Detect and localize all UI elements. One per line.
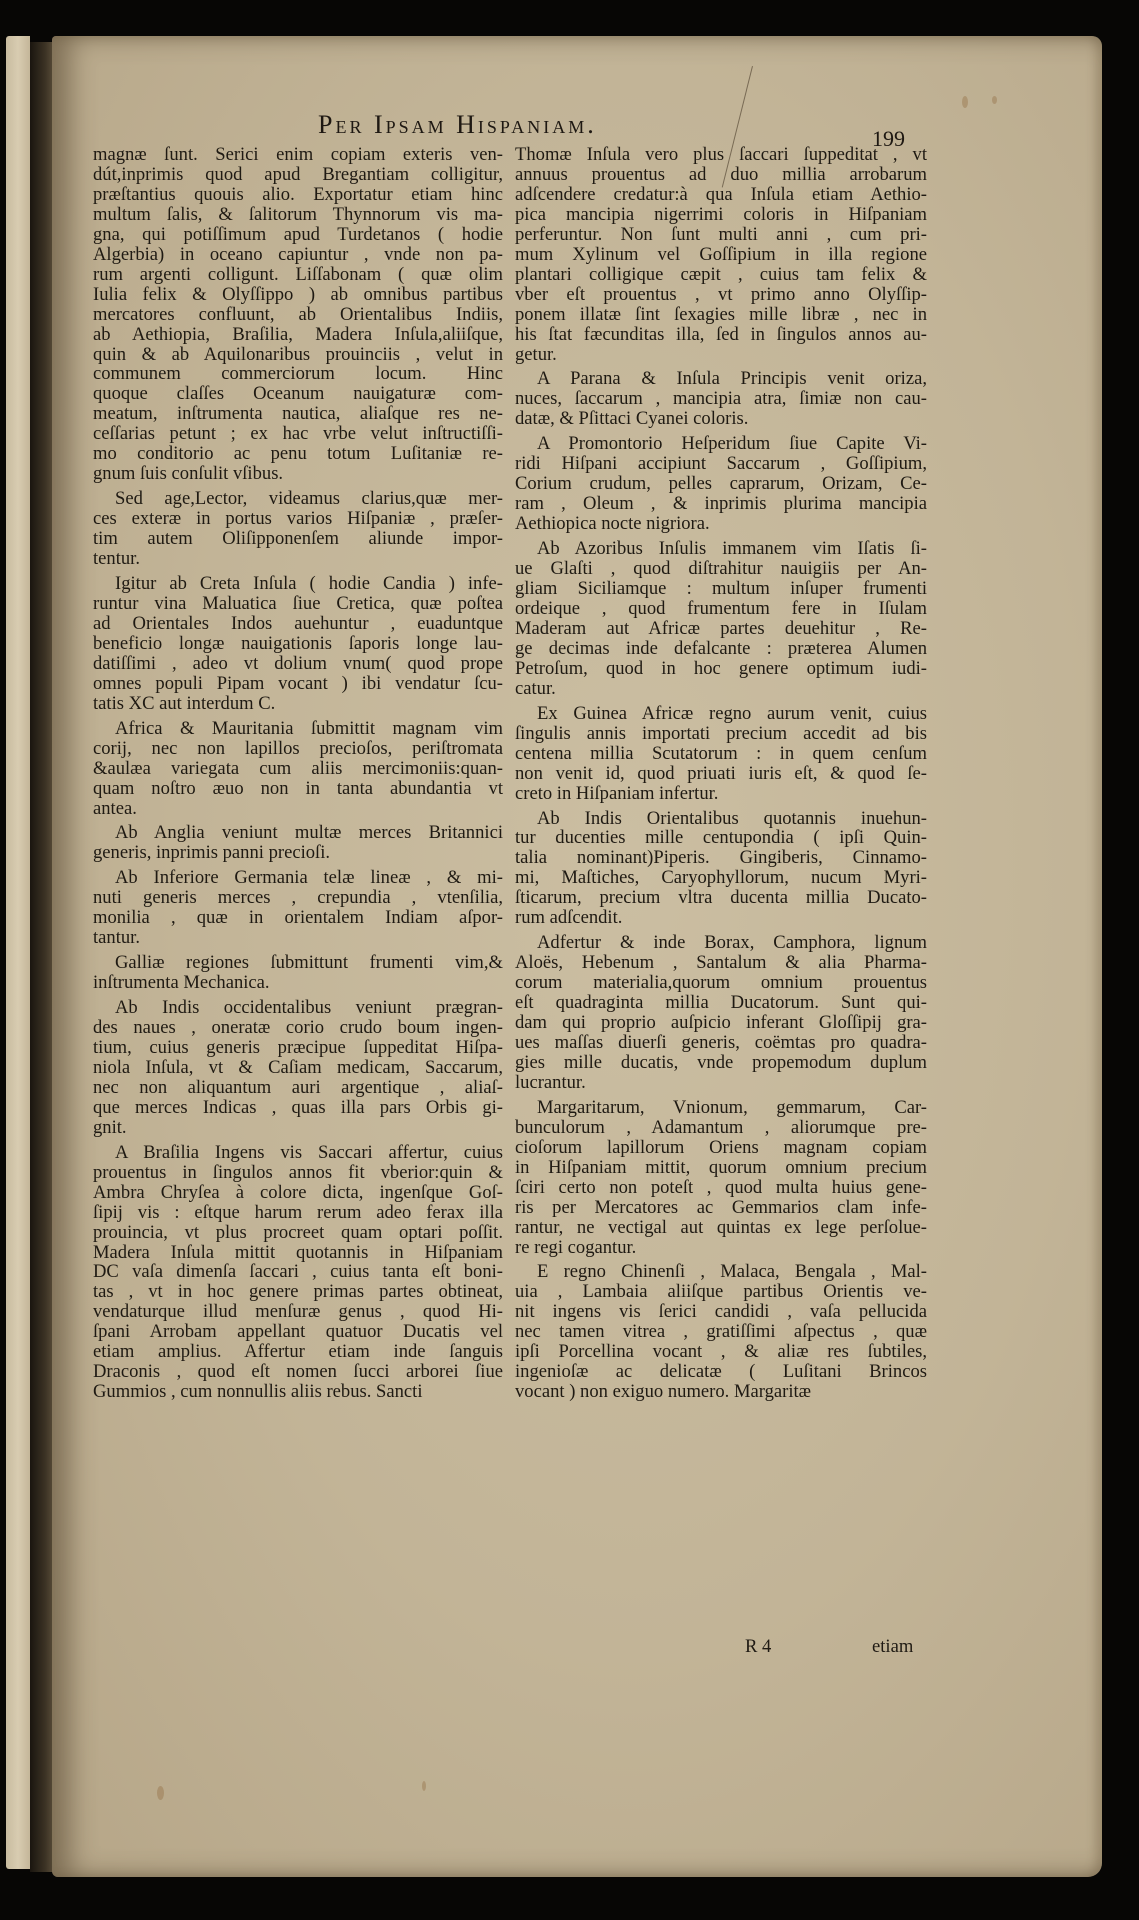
text-line: communem commerciorum locum. Hinc (93, 364, 503, 384)
text-line: E regno Chinenſi , Malaca, Bengala , Mal… (515, 1262, 927, 1282)
text-line: ridi Hiſpani accipiunt Saccarum , Goſſip… (515, 454, 927, 474)
text-line: perferuntur. Non ſunt multi anni , cum p… (515, 225, 927, 245)
text-line: ſingulis annis importati precium accedit… (515, 724, 927, 744)
text-line: ordeique , quod frumentum fere in Iſulam (515, 599, 927, 619)
text-line: ſticarum, precium vltra ducenta millia D… (515, 888, 927, 908)
text-line: Ambra Chryſea à colore dicta, ingenſque … (93, 1183, 503, 1203)
text-line: gnit. (93, 1118, 503, 1138)
text-line: runtur vina Maluatica ſiue Cretica, quæ … (93, 594, 503, 614)
text-line: ad Orientales Indos auehuntur , euaduntq… (93, 614, 503, 634)
text-line: lucrantur. (515, 1073, 927, 1093)
text-line: gies mille ducatis, vnde propemodum dupl… (515, 1053, 927, 1073)
text-line: uia , Lambaia aliiſque partibus Orientis… (515, 1282, 927, 1302)
text-line: Iulia felix & Olyſſippo ) ab omnibus par… (93, 285, 503, 305)
text-line: ues maſſas diuerſi generis, coëmtas pro … (515, 1033, 927, 1053)
text-line: catur. (515, 679, 927, 699)
text-line: creto in Hiſpaniam infertur. (515, 784, 927, 804)
paragraph: Galliæ regiones ſubmittunt frumenti vim,… (93, 953, 503, 993)
paragraph: A Promontorio Heſperidum ſiue Capite Vi-… (515, 434, 927, 534)
text-line: ris per Mercatores ac Gemmarios clam inf… (515, 1198, 927, 1218)
text-line: in Hiſpaniam mittit, quorum omnium preci… (515, 1158, 927, 1178)
paragraph: Ab Indis occidentalibus veniunt prægran-… (93, 998, 503, 1138)
text-line: Africa & Mauritania ſubmittit magnam vim (93, 719, 503, 739)
text-line: ingenioſæ ac delicatæ ( Luſitani Brincos (515, 1362, 927, 1382)
text-line: Algerbia) in oceano capiuntur , vnde non… (93, 245, 503, 265)
text-line: Ab Anglia veniunt multæ merces Britannic… (93, 823, 503, 843)
text-line: prouentus in ſingulos annos fit vberior:… (93, 1163, 503, 1183)
text-line: eſt quadraginta millia Ducatorum. Sunt q… (515, 993, 927, 1013)
text-line: quoque claſſes Oceanum nauigaturæ com- (93, 384, 503, 404)
text-line: rum argenti colligunt. Liſſabonam ( quæ … (93, 265, 503, 285)
text-line: vocant ) non exiguo numero. Margaritæ (515, 1382, 927, 1402)
text-line: ſciri certo non poteſt , quod multa huiu… (515, 1178, 927, 1198)
text-line: nuti generis merces , crepundia , vtenſi… (93, 888, 503, 908)
paragraph: Sed age,Lector, videamus clarius,quæ mer… (93, 489, 503, 569)
text-line: generis, inprimis panni precioſi. (93, 843, 503, 863)
text-line: plantari colligique cæpit , cuius tam fe… (515, 265, 927, 285)
text-line: des naues , oneratæ corio crudo boum ing… (93, 1018, 503, 1038)
text-line: tur ducenties mille centupondia ( ipſi Q… (515, 828, 927, 848)
text-line: que merces Indicas , quas illa pars Orbi… (93, 1098, 503, 1118)
text-line: niola Inſula, vt & Caſiam medicam, Sacca… (93, 1058, 503, 1078)
text-line: Aloës, Hebenum , Santalum & alia Pharma- (515, 953, 927, 973)
foxing-spot (992, 96, 997, 104)
text-line: ram , Oleum , & inprimis plurima mancipi… (515, 494, 927, 514)
text-line: DC vaſa dimenſa ſaccari , cuius tanta eſ… (93, 1262, 503, 1282)
text-line: pica mancipia nigerrimi coloris in Hiſpa… (515, 205, 927, 225)
text-line: tim autem Oliſipponenſem aliunde impor- (93, 529, 503, 549)
text-line: mercatores confluunt, ab Orientalibus In… (93, 305, 503, 325)
text-line: Ab Inferiore Germania telæ lineæ , & mi- (93, 868, 503, 888)
text-line: tas , vt in hoc genere primas partes obt… (93, 1282, 503, 1302)
text-line: dam qui proprio auſpicio inferant Gloſſi… (515, 1013, 927, 1033)
text-line: corum materialia,quorum omnium prouentus (515, 973, 927, 993)
paragraph: Ab Inferiore Germania telæ lineæ , & mi-… (93, 868, 503, 948)
text-line: etiam amplius. Affertur etiam inde ſangu… (93, 1342, 503, 1362)
text-line: multum ſalis, & ſalitorum Thynnorum vis … (93, 205, 503, 225)
text-line: tantur. (93, 928, 503, 948)
text-line: adſcendere credatur:à qua Inſula etiam A… (515, 185, 927, 205)
text-line: Galliæ regiones ſubmittunt frumenti vim,… (93, 953, 503, 973)
text-line: ue Glaſti , quod diſtrahitur nauigiis pe… (515, 559, 927, 579)
text-line: ab Aethiopia, Braſilia, Madera Inſula,al… (93, 325, 503, 345)
text-line: ceſſarias petunt ; ex hac vrbe velut inſ… (93, 424, 503, 444)
text-line: Sed age,Lector, videamus clarius,quæ mer… (93, 489, 503, 509)
text-line: beneficio longæ nauigationis ſaporis lon… (93, 634, 503, 654)
paragraph: magnæ ſunt. Serici enim copiam exteris v… (93, 145, 503, 484)
text-line: talia nominant)Piperis. Gingiberis, Cinn… (515, 848, 927, 868)
previous-page-edge (6, 36, 30, 1869)
text-line: Margaritarum, Vnionum, gemmarum, Car- (515, 1098, 927, 1118)
text-line: corij, nec non lapillos precioſos, periſ… (93, 739, 503, 759)
text-line: ponem illatæ ſint ſexagies mille libræ ,… (515, 305, 927, 325)
text-line: nit ingens vis ſerici candidi , vaſa pel… (515, 1302, 927, 1322)
text-line: &aulæa variegata cum aliis mercimoniis:q… (93, 759, 503, 779)
text-line: Petroſum, quod in hoc genere optimum iud… (515, 659, 927, 679)
text-line: rantur, ne vectigal aut quintas ex lege … (515, 1218, 927, 1238)
paragraph: Ex Guinea Africæ regno aurum venit, cuiu… (515, 704, 927, 804)
text-line: Madera Inſula mittit quotannis in Hiſpan… (93, 1243, 503, 1263)
text-line: nec non aliquantum auri argentique , ali… (93, 1078, 503, 1098)
text-line: ge decimas inde defalcante : præterea Al… (515, 639, 927, 659)
paragraph: Ab Indis Orientalibus quotannis inuehun-… (515, 809, 927, 929)
text-line: præſtantius quouis alio. Exportatur etia… (93, 185, 503, 205)
text-line: monilia , quæ in orientalem Indiam aſpor… (93, 908, 503, 928)
text-line: tatis XC aut interdum C. (93, 694, 503, 714)
text-line: gliam Siciliamque : multum inſuper frume… (515, 579, 927, 599)
text-line: mum Xylinum vel Goſſipium in illa region… (515, 245, 927, 265)
running-head: Per Ipsam Hispaniam. (318, 110, 597, 140)
text-line: magnæ ſunt. Serici enim copiam exteris v… (93, 145, 503, 165)
text-line: ipſi Porcellina vocant , & aliæ res ſubt… (515, 1342, 927, 1362)
text-line: getur. (515, 345, 927, 365)
text-line: vendaturque illud menſuræ genus , quod H… (93, 1302, 503, 1322)
catchword: etiam (872, 1636, 913, 1658)
text-line: tium, cuius generis præcipue ſuppeditat … (93, 1038, 503, 1058)
text-line: vber eſt prouentus , vt primo anno Olyſſ… (515, 285, 927, 305)
text-line: A Parana & Inſula Principis venit oriza, (515, 369, 927, 389)
text-line: omnes populi Pipam vocant ) ibi vendatur… (93, 674, 503, 694)
text-line: rum adſcendit. (515, 908, 927, 928)
text-line: datiſſimi , adeo vt dolium vnum( quod pr… (93, 654, 503, 674)
paragraph: Africa & Mauritania ſubmittit magnam vim… (93, 719, 503, 819)
text-line: mi, Maſtiches, Caryophyllorum, nucum Myr… (515, 868, 927, 888)
text-line: centena millia Scutatorum : in quem cenſ… (515, 744, 927, 764)
left-text-column: magnæ ſunt. Serici enim copiam exteris v… (93, 145, 503, 1407)
text-line: prouincia, vt plus procreet quam optari … (93, 1223, 503, 1243)
text-line: Aethiopica nocte nigriora. (515, 514, 927, 534)
paragraph: A Braſilia Ingens vis Saccari affertur, … (93, 1143, 503, 1402)
text-line: re regi cogantur. (515, 1238, 927, 1258)
paragraph: Ab Anglia veniunt multæ merces Britannic… (93, 823, 503, 863)
text-line: gnum ſuis conſulit vſibus. (93, 464, 503, 484)
foxing-spot (422, 1781, 426, 1791)
text-line: quam noſtro æuo non in tanta abundantia … (93, 779, 503, 799)
text-line: bunculorum , Adamantum , aliorumque pre- (515, 1118, 927, 1138)
paragraph: E regno Chinenſi , Malaca, Bengala , Mal… (515, 1262, 927, 1402)
paragraph: Igitur ab Creta Inſula ( hodie Candia ) … (93, 574, 503, 714)
paragraph: Margaritarum, Vnionum, gemmarum, Car-bun… (515, 1098, 927, 1258)
text-line: A Promontorio Heſperidum ſiue Capite Vi- (515, 434, 927, 454)
text-line: datæ, & Pſittaci Cyanei coloris. (515, 409, 927, 429)
text-line: A Braſilia Ingens vis Saccari affertur, … (93, 1143, 503, 1163)
text-line: his ſtat fæcunditas illa, ſed in ſingulo… (515, 325, 927, 345)
text-line: ſpani Arrobam appellant quatuor Ducatis … (93, 1322, 503, 1342)
text-line: Adfertur & inde Borax, Camphora, lignum (515, 933, 927, 953)
paragraph: Adfertur & inde Borax, Camphora, lignumA… (515, 933, 927, 1093)
text-line: Ab Indis occidentalibus veniunt prægran- (93, 998, 503, 1018)
text-line: annuus prouentus ad duo millia arrobarum (515, 165, 927, 185)
text-line: Gummios , cum nonnullis aliis rebus. San… (93, 1382, 503, 1402)
signature-mark: R 4 (745, 1636, 771, 1658)
foxing-spot (962, 96, 968, 108)
text-line: Draconis , quod eſt nomen ſucci arborei … (93, 1362, 503, 1382)
right-text-column: Thomæ Inſula vero plus ſaccari ſuppedita… (515, 145, 927, 1407)
text-line: gna, qui potiſſimum apud Turdetanos ( ho… (93, 225, 503, 245)
text-line: Thomæ Inſula vero plus ſaccari ſuppedita… (515, 145, 927, 165)
text-line: non venit id, quod priuati iuris eſt, & … (515, 764, 927, 784)
text-line: ces exteræ in portus varios Hiſpaniæ , p… (93, 509, 503, 529)
text-line: inſtrumenta Mechanica. (93, 973, 503, 993)
text-line: Corium crudum, pelles caprarum, Orizam, … (515, 474, 927, 494)
text-line: dút,inprimis quod apud Bregantiam collig… (93, 165, 503, 185)
text-line: ſipij vis : eſtque harum rerum adeo fera… (93, 1203, 503, 1223)
text-line: nec tamen vitrea , gratiſſimi aſpectus ,… (515, 1322, 927, 1342)
text-line: Maderam aut Africæ partes deuehitur , Re… (515, 619, 927, 639)
text-line: tentur. (93, 549, 503, 569)
text-line: Igitur ab Creta Inſula ( hodie Candia ) … (93, 574, 503, 594)
text-line: Ex Guinea Africæ regno aurum venit, cuiu… (515, 704, 927, 724)
text-line: quin & ab Aquilonaribus prouinciis , vel… (93, 345, 503, 365)
paragraph: Ab Azoribus Inſulis immanem vim Iſatis ſ… (515, 539, 927, 699)
text-line: Ab Azoribus Inſulis immanem vim Iſatis ſ… (515, 539, 927, 559)
text-line: nuces, ſaccarum , mancipia atra, ſimiæ n… (515, 389, 927, 409)
text-line: antea. (93, 799, 503, 819)
text-line: Ab Indis Orientalibus quotannis inuehun- (515, 809, 927, 829)
text-line: mo conditorio ac penu totum Luſitaniæ re… (93, 444, 503, 464)
paragraph: A Parana & Inſula Principis venit oriza,… (515, 369, 927, 429)
text-line: cioſorum lapillorum Oriens magnam copiam (515, 1138, 927, 1158)
paragraph: Thomæ Inſula vero plus ſaccari ſuppedita… (515, 145, 927, 364)
foxing-spot (157, 1786, 164, 1800)
text-line: meatum, inſtrumenta nautica, aliaſque re… (93, 404, 503, 424)
